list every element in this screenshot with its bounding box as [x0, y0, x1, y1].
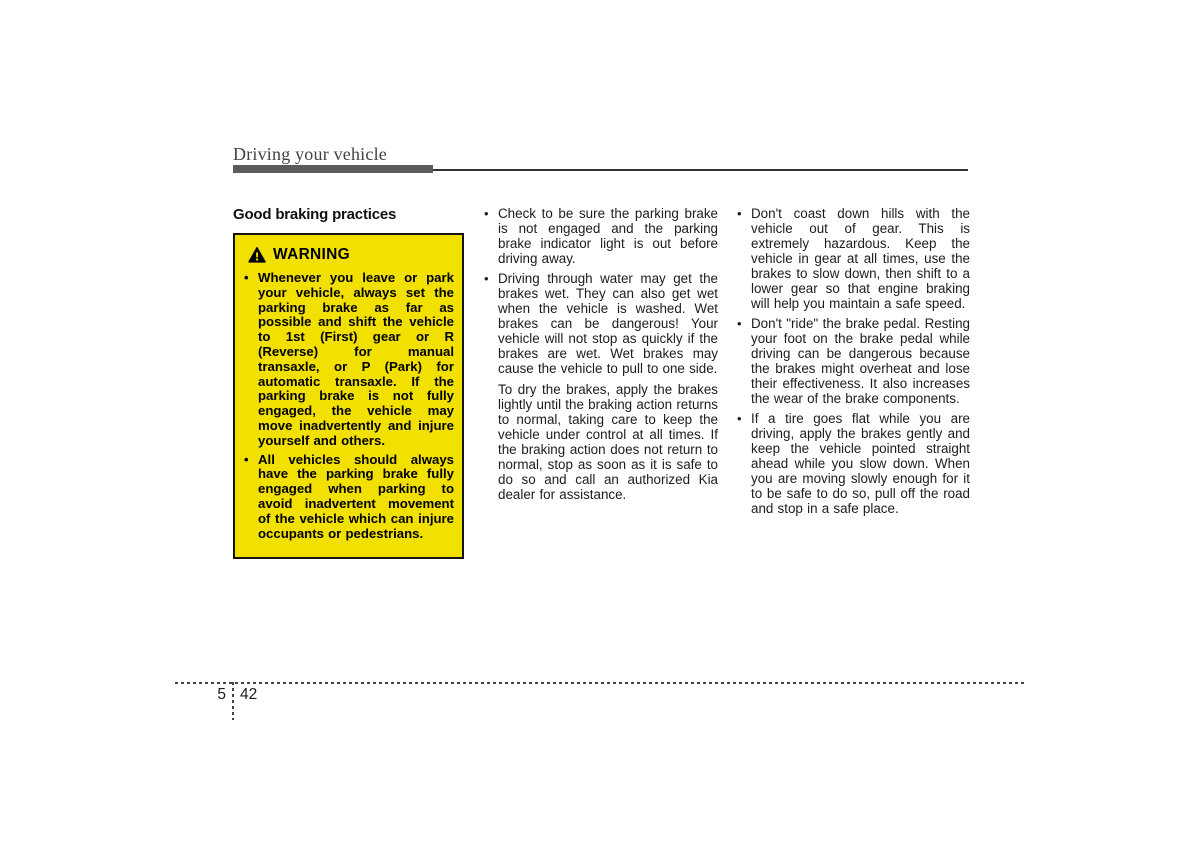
bullet-item: Don't coast down hills with the vehicle …: [736, 206, 970, 311]
header-accent-bar: [233, 165, 433, 173]
warning-title: WARNING: [273, 246, 350, 264]
middle-column: Check to be sure the parking brake is no…: [483, 206, 718, 502]
footer-section-number: 5: [196, 686, 226, 704]
warning-box: WARNING Whenever you leave or park your …: [233, 233, 464, 559]
bullet-item: If a tire goes flat while you are drivin…: [736, 411, 970, 516]
right-bullet-list: Don't coast down hills with the vehicle …: [736, 206, 970, 516]
warning-header: WARNING: [248, 246, 454, 264]
footer-page-number: 42: [240, 686, 257, 704]
warning-list: Whenever you leave or park your vehicle,…: [243, 271, 454, 541]
manual-page: Driving your vehicle Good braking practi…: [0, 0, 1200, 848]
bullet-item: Driving through water may get the brakes…: [483, 271, 718, 376]
middle-bullet-list: Check to be sure the parking brake is no…: [483, 206, 718, 376]
left-column: Good braking practices WARNING Whenever …: [233, 206, 464, 559]
bullet-item: Don't "ride" the brake pedal. Resting yo…: [736, 316, 970, 406]
dry-brakes-paragraph: To dry the brakes, apply the brakes ligh…: [483, 382, 718, 502]
warning-item: All vehicles should always have the park…: [243, 453, 454, 542]
footer-divider: [175, 682, 1025, 684]
footer-section-divider: [232, 682, 234, 720]
right-column: Don't coast down hills with the vehicle …: [736, 206, 970, 521]
section-heading: Good braking practices: [233, 206, 464, 223]
warning-item: Whenever you leave or park your vehicle,…: [243, 271, 454, 449]
chapter-title: Driving your vehicle: [233, 144, 387, 165]
warning-triangle-icon: [248, 247, 266, 263]
bullet-item: Check to be sure the parking brake is no…: [483, 206, 718, 266]
